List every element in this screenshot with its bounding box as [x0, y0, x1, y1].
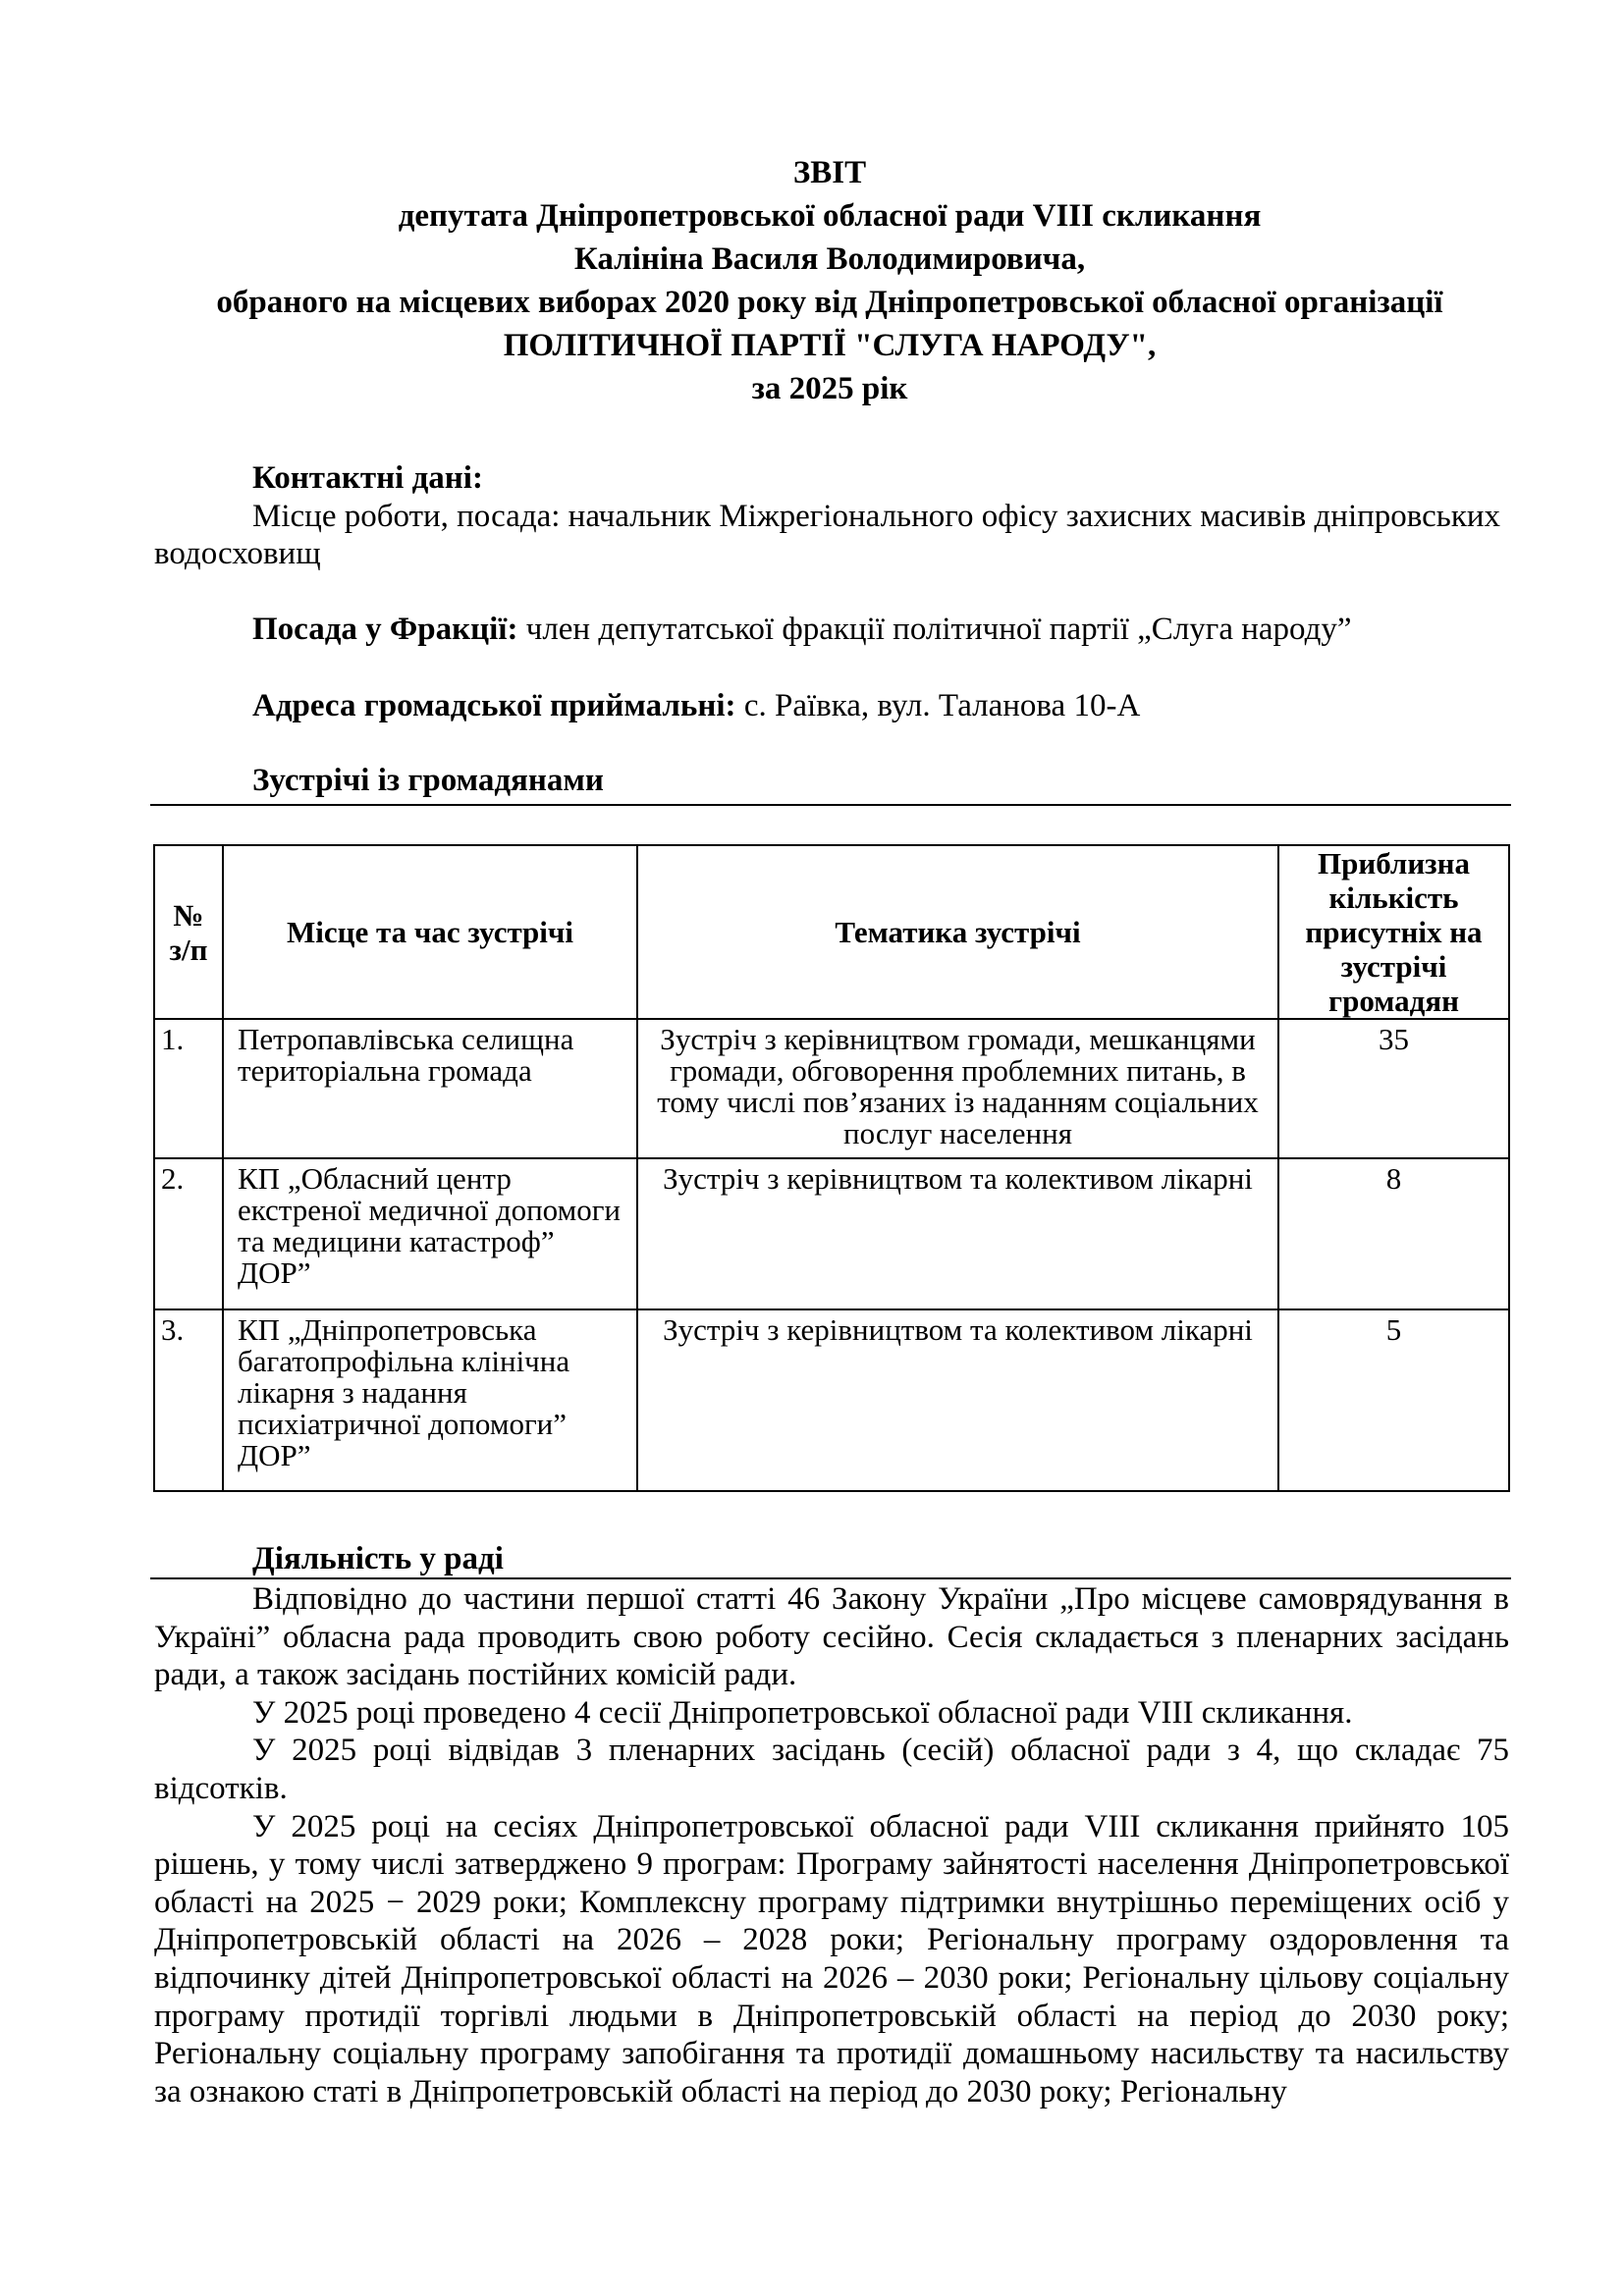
document-page: ЗВІТ депутата Дніпропетровської обласної…	[0, 0, 1624, 2296]
activity-heading: Діяльність у раді	[150, 1540, 1511, 1579]
title-line: ЗВІТ	[147, 151, 1512, 194]
activity-paragraph: У 2025 році на сесіях Дніпропетровської …	[154, 1808, 1509, 2111]
title-line: ПОЛІТИЧНОЇ ПАРТІЇ "СЛУГА НАРОДУ",	[147, 324, 1512, 367]
row-place: КП „Обласний центр екстреної медичної до…	[223, 1158, 637, 1309]
row-count: 5	[1278, 1309, 1509, 1491]
activity-paragraph: У 2025 році відвідав 3 пленарних засідан…	[154, 1732, 1509, 1807]
title-line: обраного на місцевих виборах 2020 року в…	[147, 281, 1512, 324]
row-number: 2.	[154, 1158, 223, 1309]
column-header-number: № з/п	[154, 845, 223, 1019]
activity-section: Відповідно до частини першої статті 46 З…	[154, 1580, 1509, 2110]
activity-paragraph: Відповідно до частини першої статті 46 З…	[154, 1580, 1509, 1694]
column-header-topic: Тематика зустрічі	[637, 845, 1278, 1019]
reception-value: с. Раївка, вул. Таланова 10-А	[736, 688, 1141, 723]
row-topic: Зустріч з керівництвом та колективом лік…	[637, 1158, 1278, 1309]
column-header-place: Місце та час зустрічі	[223, 845, 637, 1019]
activity-paragraph: У 2025 році проведено 4 сесії Дніпропетр…	[154, 1694, 1509, 1733]
report-title: ЗВІТ депутата Дніпропетровської обласної…	[147, 151, 1512, 410]
faction-value: член депутатської фракції політичної пар…	[517, 612, 1351, 647]
contact-section: Контактні дані: Місце роботи, посада: на…	[154, 459, 1509, 724]
row-count: 8	[1278, 1158, 1509, 1309]
meetings-table: № з/п Місце та час зустрічі Тематика зус…	[153, 844, 1510, 1492]
row-place: КП „Дніпропетровська багатопрофільна клі…	[223, 1309, 637, 1491]
reception-line: Адреса громадської приймальні: с. Раївка…	[154, 687, 1509, 725]
row-topic: Зустріч з керівництвом громади, мешканця…	[637, 1019, 1278, 1158]
row-topic: Зустріч з керівництвом та колективом лік…	[637, 1309, 1278, 1491]
title-line: депутата Дніпропетровської обласної ради…	[147, 194, 1512, 238]
row-count: 35	[1278, 1019, 1509, 1158]
table-header-row: № з/п Місце та час зустрічі Тематика зус…	[154, 845, 1509, 1019]
table-row: 2. КП „Обласний центр екстреної медичної…	[154, 1158, 1509, 1309]
row-number: 3.	[154, 1309, 223, 1491]
faction-label: Посада у Фракції:	[252, 612, 517, 647]
table-row: 1. Петропавлівська селищна територіальна…	[154, 1019, 1509, 1158]
row-place: Петропавлівська селищна територіальна гр…	[223, 1019, 637, 1158]
table-row: 3. КП „Дніпропетровська багатопрофільна …	[154, 1309, 1509, 1491]
faction-line: Посада у Фракції: член депутатської фрак…	[154, 611, 1509, 649]
workplace-text: Місце роботи, посада: начальник Міжрегіо…	[154, 498, 1509, 573]
title-line: Калініна Василя Володимировича,	[147, 238, 1512, 281]
contact-heading: Контактні дані:	[154, 459, 1509, 498]
title-line: за 2025 рік	[147, 367, 1512, 410]
meetings-heading: Зустрічі із громадянами	[150, 762, 1511, 806]
column-header-count: Приблизна кількість присутніх на зустріч…	[1278, 845, 1509, 1019]
row-number: 1.	[154, 1019, 223, 1158]
reception-label: Адреса громадської приймальні:	[252, 688, 736, 723]
